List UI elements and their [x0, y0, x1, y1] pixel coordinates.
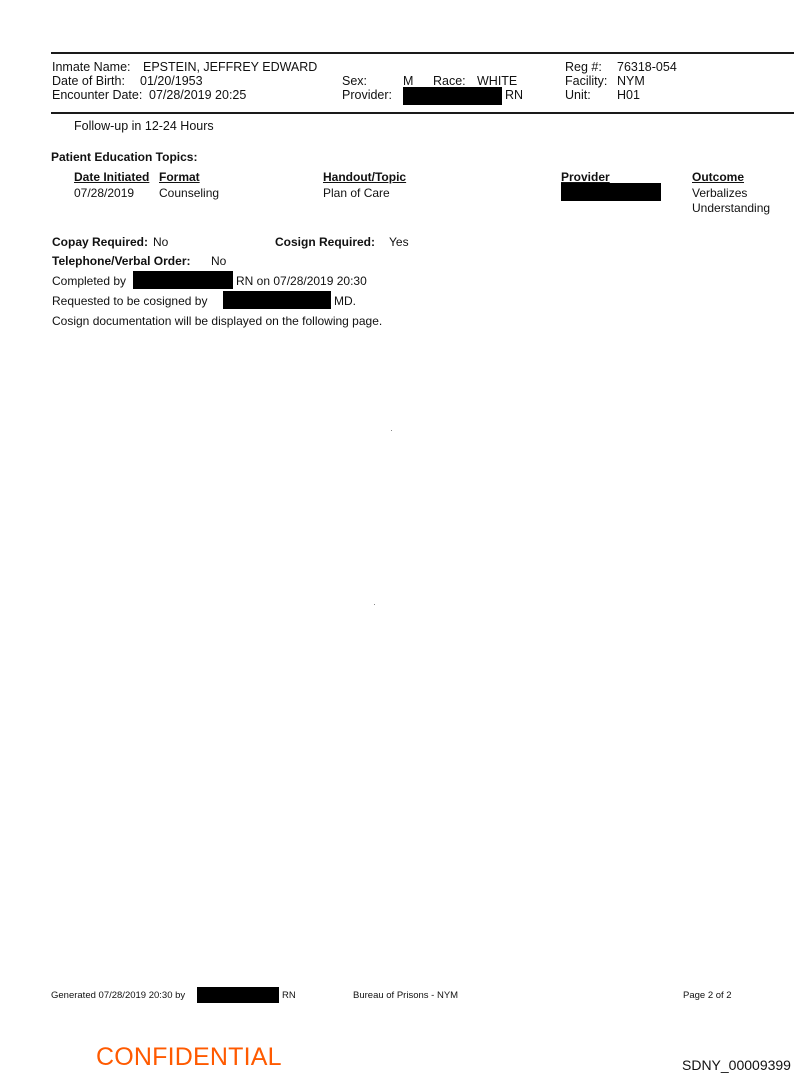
header-bottom-rule — [51, 112, 794, 114]
col-date-initiated: Date Initiated — [74, 170, 149, 185]
bates-number: SDNY_00009399 — [682, 1057, 791, 1073]
sex-label: Sex: — [342, 74, 367, 89]
footer-page-number: Page 2 of 2 — [683, 990, 732, 1002]
col-handout-topic: Handout/Topic — [323, 170, 406, 185]
dob: 01/20/1953 — [140, 74, 203, 89]
row-format: Counseling — [159, 186, 219, 201]
confidential-stamp: CONFIDENTIAL — [96, 1043, 282, 1071]
cosign-required-value: Yes — [389, 235, 409, 250]
scan-speck — [391, 430, 392, 431]
completed-by-redaction — [133, 271, 233, 289]
footer-generated-prefix: Generated 07/28/2019 20:30 by — [51, 990, 185, 1002]
row-provider-redaction — [561, 183, 661, 201]
header-top-rule — [51, 52, 794, 54]
cosign-note: Cosign documentation will be displayed o… — [52, 314, 382, 329]
reg-number: 76318-054 — [617, 60, 677, 75]
facility-label: Facility: — [565, 74, 607, 89]
provider-suffix: RN — [505, 88, 523, 103]
provider-label: Provider: — [342, 88, 392, 103]
telephone-order-value: No — [211, 254, 226, 269]
facility: NYM — [617, 74, 645, 89]
copay-value: No — [153, 235, 168, 250]
provider-redaction — [403, 87, 502, 105]
cosign-required-label: Cosign Required: — [275, 235, 375, 250]
row-outcome-line1: Verbalizes — [692, 186, 747, 201]
reg-label: Reg #: — [565, 60, 602, 75]
scan-speck — [374, 604, 375, 605]
encounter-date-label: Encounter Date: — [52, 88, 142, 103]
copay-label: Copay Required: — [52, 235, 148, 250]
completed-by-suffix: RN on 07/28/2019 20:30 — [236, 274, 367, 289]
education-title: Patient Education Topics: — [51, 150, 197, 165]
col-outcome: Outcome — [692, 170, 744, 185]
telephone-order-label: Telephone/Verbal Order: — [52, 254, 190, 269]
footer-generated-suffix: RN — [282, 990, 296, 1002]
row-topic: Plan of Care — [323, 186, 390, 201]
row-outcome-line2: Understanding — [692, 201, 770, 216]
encounter-date: 07/28/2019 20:25 — [149, 88, 246, 103]
row-date: 07/28/2019 — [74, 186, 134, 201]
footer-generated-redaction — [197, 987, 279, 1003]
footer-agency: Bureau of Prisons - NYM — [353, 990, 458, 1002]
cosign-request-redaction — [223, 291, 331, 309]
inmate-name-label: Inmate Name: — [52, 60, 131, 75]
followup-text: Follow-up in 12-24 Hours — [74, 119, 214, 134]
unit-label: Unit: — [565, 88, 591, 103]
unit: H01 — [617, 88, 640, 103]
col-format: Format — [159, 170, 200, 185]
cosign-request-prefix: Requested to be cosigned by — [52, 294, 207, 309]
completed-by-prefix: Completed by — [52, 274, 126, 289]
dob-label: Date of Birth: — [52, 74, 125, 89]
inmate-name: EPSTEIN, JEFFREY EDWARD — [143, 60, 317, 75]
cosign-request-suffix: MD. — [334, 294, 356, 309]
